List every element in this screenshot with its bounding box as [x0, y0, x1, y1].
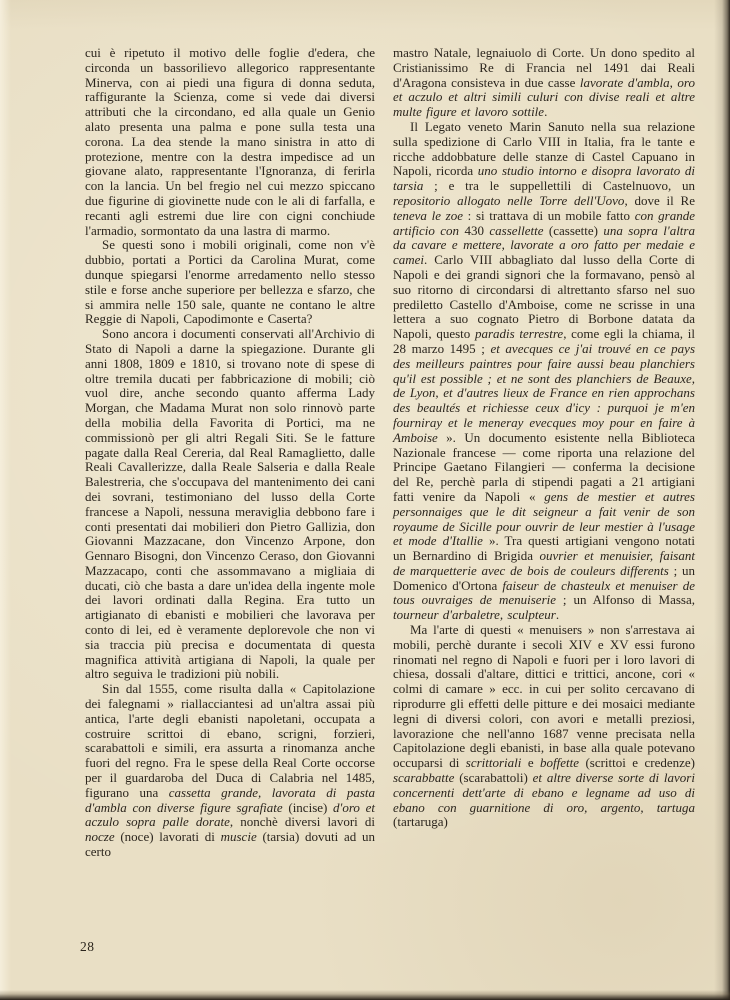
italic-text-run: paradis terrestre — [475, 326, 563, 341]
text-run: (tartaruga) — [393, 814, 448, 829]
paragraph: mastro Natale, legnaiuolo di Corte. Un d… — [393, 46, 695, 120]
paragraph: Sin dal 1555, come risulta dalla « Capit… — [85, 682, 375, 860]
italic-text-run: muscie — [221, 829, 257, 844]
italic-text-run: tourneur d'arbaletre, sculpteur — [393, 607, 556, 622]
text-run: ; un Alfonso di Massa, — [556, 592, 695, 607]
italic-text-run: repositorio allogato nelle Torre dell'Uo… — [393, 193, 624, 208]
italic-text-run: boffette — [540, 755, 579, 770]
text-run: ; e tra le suppellettili di Castelnuovo,… — [423, 178, 695, 193]
scan-edge-left — [0, 0, 11, 1000]
italic-text-run: scrittoriali — [466, 755, 522, 770]
paragraph: Se questi sono i mobili originali, come … — [85, 238, 375, 327]
text-run: Se questi sono i mobili originali, come … — [85, 237, 375, 326]
text-run: : si trattava di un mobile fatto — [463, 208, 635, 223]
text-column-right: mastro Natale, legnaiuolo di Corte. Un d… — [393, 46, 695, 860]
book-page: cui è ripetuto il motivo delle foglie d'… — [0, 0, 730, 1000]
text-run: . — [556, 607, 559, 622]
text-run: Sono ancora i documenti conservati all'A… — [85, 326, 375, 681]
text-run: 430 — [459, 223, 489, 238]
text-run: cui è ripetuto il motivo delle foglie d'… — [85, 45, 375, 238]
text-run: (scrittoi e credenze) — [579, 755, 695, 770]
italic-text-run: scarabbatte — [393, 770, 454, 785]
text-run: . — [544, 104, 547, 119]
text-run: (noce) lavorati di — [115, 829, 221, 844]
text-run: , dove il Re — [624, 193, 695, 208]
text-column-left: cui è ripetuto il motivo delle foglie d'… — [85, 46, 375, 860]
paragraph: cui è ripetuto il motivo delle foglie d'… — [85, 46, 375, 238]
text-run: e — [521, 755, 540, 770]
text-run: Sin dal 1555, come risulta dalla « Capit… — [85, 681, 375, 800]
text-run: , nonchè diversi lavori di — [230, 814, 375, 829]
text-run: (incise) — [283, 800, 333, 815]
italic-text-run: teneva le zoe — [393, 208, 463, 223]
paragraph: Il Legato veneto Marin Sanuto nella sua … — [393, 120, 695, 623]
text-run: Ma l'arte di questi « menuisers » non s'… — [393, 622, 695, 770]
italic-text-run: cassellette — [489, 223, 543, 238]
paragraph: Sono ancora i documenti conservati all'A… — [85, 327, 375, 682]
paragraph: Ma l'arte di questi « menuisers » non s'… — [393, 623, 695, 830]
italic-text-run: nocze — [85, 829, 115, 844]
page-content: cui è ripetuto il motivo delle foglie d'… — [85, 46, 695, 860]
text-run: (scarabattoli) — [454, 770, 532, 785]
page-number: 28 — [80, 939, 95, 955]
text-run: (cassette) — [544, 223, 604, 238]
scan-edge-bottom — [0, 990, 730, 1000]
scan-edge-right — [714, 0, 730, 1000]
